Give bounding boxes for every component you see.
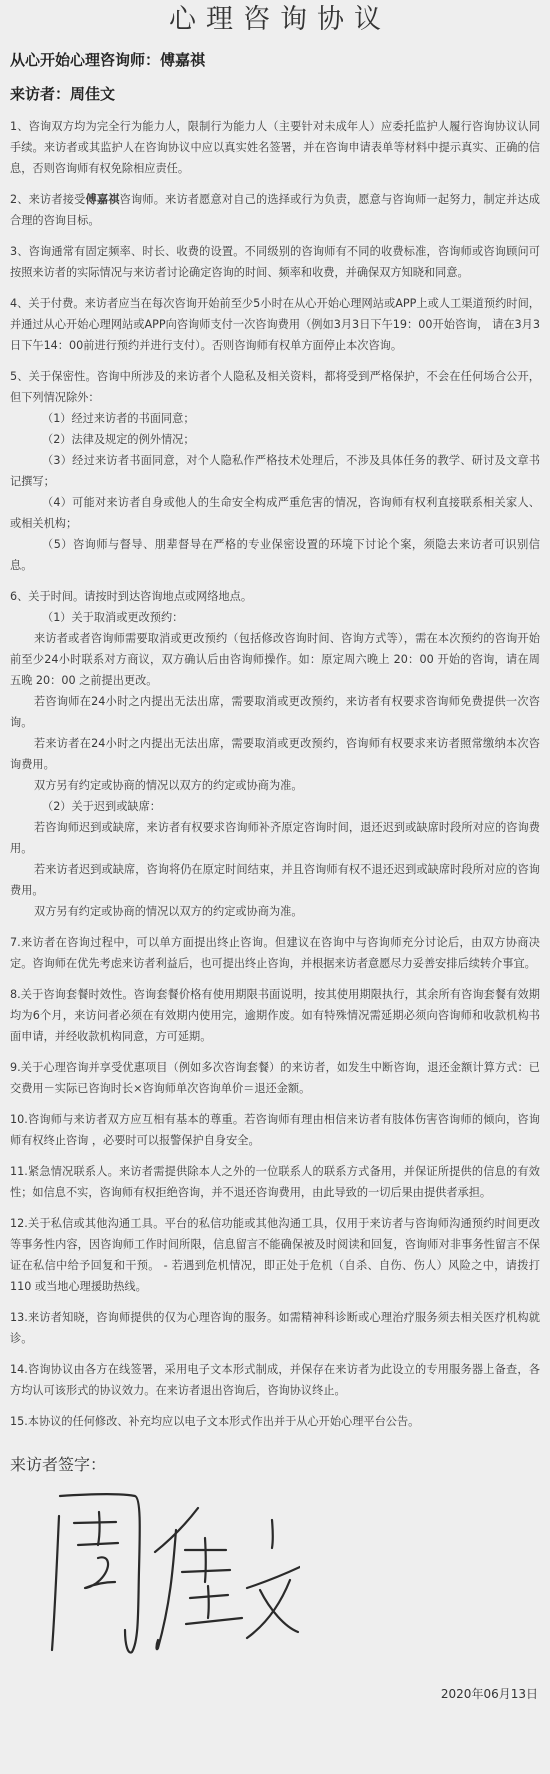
handwritten-signature-icon [40,1490,300,1670]
clause-9: 9.关于心理咨询并享受优惠项目（例如多次咨询套餐）的来访者，如发生中断咨询，退还… [10,1057,540,1099]
clause-4: 4、关于付费。来访者应当在每次咨询开始前至少5小时在从心开始心理网站或APP上或… [10,293,540,356]
clause-6-sub2-title: （2）关于迟到或缺席： [10,796,540,817]
sign-date: 2020年06月13日 [441,1686,538,1702]
clause-6-sub1-para-4: 双方另有约定或协商的情况以双方的约定或协商为准。 [10,775,540,796]
clause-6-intro: 6、关于时间。请按时到达咨询地点或网络地点。 [10,586,540,607]
signature-label: 来访者签字： [10,1454,106,1476]
clause-11: 11.紧急情况联系人。来访者需提供除本人之外的一位联系人的联系方式备用，并保证所… [10,1161,540,1203]
clause-6-sub2-para-3: 双方另有约定或协商的情况以双方的约定或协商为准。 [10,901,540,922]
clause-6-sub1-title: （1）关于取消或更改预约： [10,607,540,628]
clause-5-intro: 5、关于保密性。咨询中所涉及的来访者个人隐私及相关资料，都将受到严格保护，不会在… [10,366,540,408]
clause-7: 7.来访者在咨询过程中，可以单方面提出终止咨询。但建议在咨询中与咨询师充分讨论后… [10,932,540,974]
client-line: 来访者：周佳文 [10,84,115,104]
clause-5-item-2: （2）法律及规定的例外情况； [10,429,540,450]
clause-15: 15.本协议的任何修改、补充均应以电子文本形式作出并于从心开始心理平台公告。 [10,1411,540,1432]
counselor-line: 从心开始心理咨询师：傅嘉祺 [10,50,205,70]
clause-1: 1、咨询双方均为完全行为能力人，限制行为能力人（主要针对未成年人）应委托监护人履… [10,116,540,179]
agreement-body: 1、咨询双方均为完全行为能力人，限制行为能力人（主要针对未成年人）应委托监护人履… [10,116,540,1442]
clause-6-sub1-para-2: 若咨询师在24小时之内提出无法出席，需要取消或更改预约，来访者有权要求咨询师免费… [10,691,540,733]
clause-8: 8.关于咨询套餐时效性。咨询套餐价格有使用期限书面说明，按其使用期限执行，其余所… [10,984,540,1047]
clause-5-item-5: （5）咨询师与督导、朋辈督导在严格的专业保密设置的环境下讨论个案，须隐去来访者可… [10,534,540,576]
clause-5-item-1: （1）经过来访者的书面同意； [10,408,540,429]
clause-2: 2、来访者接受傅嘉祺咨询师。来访者愿意对自己的选择或行为负责，愿意与咨询师一起努… [10,189,540,231]
clause-5-item-3: （3）经过来访者书面同意，对个人隐私作严格技术处理后，不涉及具体任务的教学、研讨… [10,450,540,492]
clause-3: 3、咨询通常有固定频率、时长、收费的设置。不同级别的咨询师有不同的收费标准，咨询… [10,241,540,283]
clause-2-prefix: 2、来访者接受 [10,193,86,206]
clause-10: 10.咨询师与来访者双方应互相有基本的尊重。若咨询师有理由相信来访者有肢体伤害咨… [10,1109,540,1151]
clause-14: 14.咨询协议由各方在线签署，采用电子文本形式制成，并保存在来访者为此设立的专用… [10,1359,540,1401]
clause-13: 13.来访者知晓，咨询师提供的仅为心理咨询的服务。如需精神科诊断或心理治疗服务须… [10,1307,540,1349]
clause-6-sub1-para-3: 若来访者在24小时之内提出无法出席，需要取消或更改预约，咨询师有权要求来访者照常… [10,733,540,775]
counselor-name: 傅嘉祺 [86,193,120,206]
clause-5-item-4: （4）可能对来访者自身或他人的生命安全构成严重危害的情况，咨询师有权利直接联系相… [10,492,540,534]
clause-12: 12.关于私信或其他沟通工具。平台的私信功能或其他沟通工具，仅用于来访者与咨询师… [10,1213,540,1297]
clause-6-sub2-para-2: 若来访者迟到或缺席，咨询将仍在原定时间结束，并且咨询师有权不退还迟到或缺席时段所… [10,859,540,901]
agreement-page: 心理咨询协议 从心开始心理咨询师：傅嘉祺 来访者：周佳文 1、咨询双方均为完全行… [0,0,550,1774]
clause-6-sub1-para-1: 来访者或者咨询师需要取消或更改预约（包括修改咨询时间、咨询方式等），需在本次预约… [10,628,540,691]
page-title: 心理咨询协议 [0,2,550,38]
clause-6-sub2-para-1: 若咨询师迟到或缺席，来访者有权要求咨询师补齐原定咨询时间，退还迟到或缺席时段所对… [10,817,540,859]
